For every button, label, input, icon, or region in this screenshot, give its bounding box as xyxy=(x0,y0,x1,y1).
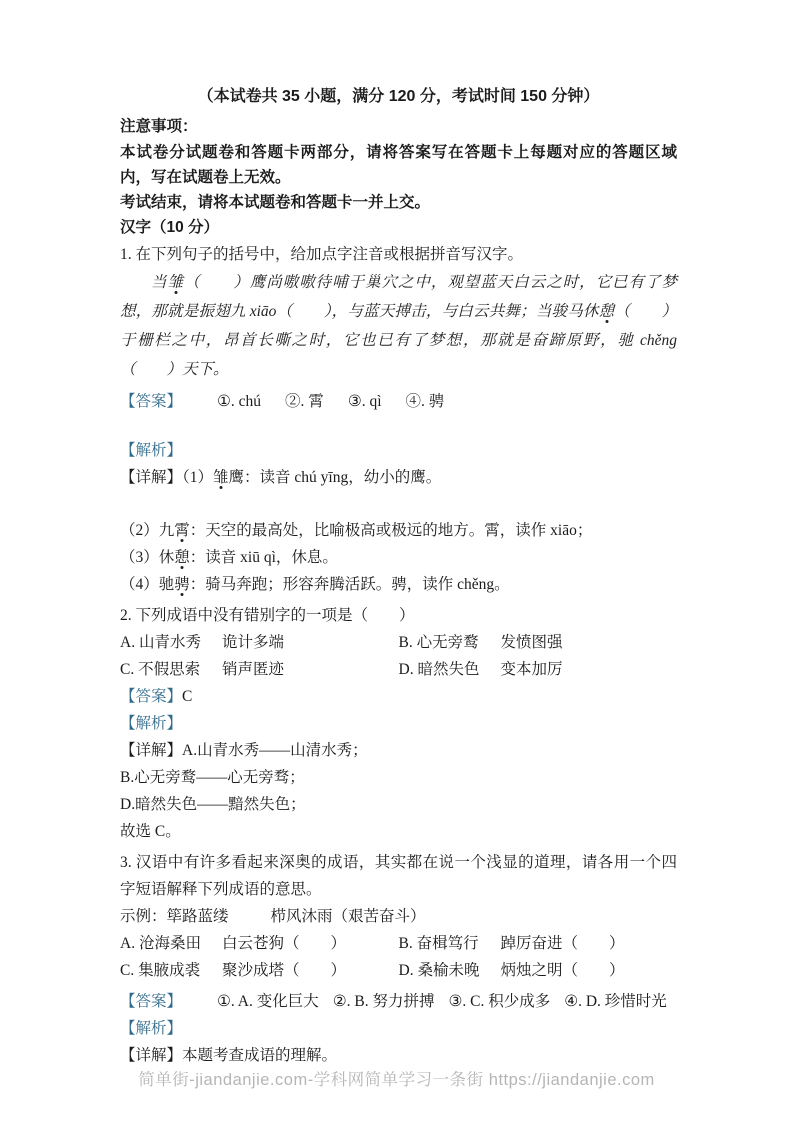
q1-emphasized-char: 霄 xyxy=(174,522,190,539)
site-watermark-footer: 简单街-jiandanjie.com-学科网简单学习一条街 https://ji… xyxy=(0,1066,793,1090)
q1-detail-2: （2）九霄：天空的最高处，比喻极高或极远的地方。霄，读作 xiāo； xyxy=(120,517,677,544)
q1-detail-text: ：骑马奔跑；形容奔腾活跃。骋，读作 chěng。 xyxy=(190,576,510,593)
option-cell: C. 不假思索销声匿迹 xyxy=(120,656,399,683)
option-label: D. 桑榆未晚 xyxy=(399,957,501,984)
option-label: C. 不假思索 xyxy=(120,656,222,683)
option-cell: D. 桑榆未晚炳烛之明（ ） xyxy=(399,957,678,984)
option-label: D. 暗然失色 xyxy=(399,656,501,683)
q1-answer-item: ④. 骋 xyxy=(406,388,445,415)
answer-label: 【答案】 xyxy=(120,388,182,415)
q3-answer-item: ②. B. 努力拼搏 xyxy=(333,988,435,1015)
q1-detail-text: （1） xyxy=(182,469,213,486)
q2-answer-value: C xyxy=(182,688,192,705)
q2-detail-1: 【详解】A.山青水秀——山清水秀； xyxy=(120,737,677,764)
option-second: 诡计多端 xyxy=(222,629,284,656)
option-cell: A. 沧海桑田白云苍狗（ ） xyxy=(120,930,399,957)
q3-answer-item: ④. D. 珍惜时光 xyxy=(564,988,667,1015)
q1-answer-item: ③. qì xyxy=(348,388,382,415)
q3-example-row: 示例：筚路蓝缕栉风沐雨（艰苦奋斗） xyxy=(120,903,677,930)
option-second: 变本加厉 xyxy=(501,656,563,683)
q2-answer-row: 【答案】C xyxy=(120,683,677,710)
option-cell: B. 奋楫笃行踔厉奋进（ ） xyxy=(399,930,678,957)
detail-label: 【详解】 xyxy=(120,742,182,759)
q3-analysis-label: 【解析】 xyxy=(120,1015,677,1042)
q1-detail-text: （4）驰 xyxy=(120,576,174,593)
q3-option-row-1: A. 沧海桑田白云苍狗（ ） B. 奋楫笃行踔厉奋进（ ） xyxy=(120,930,677,957)
option-label: A. 沧海桑田 xyxy=(120,930,222,957)
option-second: 发愤图强 xyxy=(501,629,563,656)
option-second: 销声匿迹 xyxy=(222,656,284,683)
q3-answer-item: ③. C. 积少成多 xyxy=(448,988,550,1015)
option-label: B. 心无旁鹜 xyxy=(399,629,501,656)
section-title-hanzi: 汉字（10 分） xyxy=(120,215,677,241)
q1-emphasized-char: 憩 xyxy=(599,303,615,320)
q1-emphasized-char: 雏 xyxy=(213,469,229,486)
answer-label: 【答案】 xyxy=(120,988,182,1015)
option-cell: D. 暗然失色变本加厉 xyxy=(399,656,678,683)
q1-passage-part: （ ）鹰尚嗷嗷待哺于巢穴之中，观望蓝天白云之时，它已有了梦想，那就是振翅九 xi… xyxy=(120,274,677,320)
q1-detail-3: （3）休憩：读音 xiū qì，休息。 xyxy=(120,544,677,571)
q3-detail: 【详解】本题考查成语的理解。 xyxy=(120,1042,677,1069)
notice-end: 考试结束，请将本试题卷和答题卡一并上交。 xyxy=(120,190,677,215)
notice-heading: 注意事项： xyxy=(120,114,677,140)
option-second: 白云苍狗（ ） xyxy=(222,930,346,957)
q2-detail-2: B.心无旁鹜——心无旁骛； xyxy=(120,764,677,791)
detail-label: 【详解】 xyxy=(120,469,182,486)
q3-answer-row: 【答案】 ①. A. 变化巨大 ②. B. 努力拼搏 ③. C. 积少成多 ④.… xyxy=(120,988,677,1015)
q1-answer-item: ①. chú xyxy=(217,388,261,415)
example-idiom: 栉风沐雨（艰苦奋斗） xyxy=(271,908,426,925)
option-cell: C. 集腋成裘聚沙成塔（ ） xyxy=(120,957,399,984)
q1-emphasized-char: 憩 xyxy=(174,549,190,566)
answer-label: 【答案】 xyxy=(120,688,182,705)
q1-stem: 1. 在下列句子的括号中，给加点字注音或根据拼音写汉字。 xyxy=(120,241,677,268)
option-cell: A. 山青水秀诡计多端 xyxy=(120,629,399,656)
q2-option-row-2: C. 不假思索销声匿迹 D. 暗然失色变本加厉 xyxy=(120,656,677,683)
q3-answer-item: ①. A. 变化巨大 xyxy=(217,988,319,1015)
q1-detail-text: （2）九 xyxy=(120,522,174,539)
q2-analysis-label: 【解析】 xyxy=(120,710,677,737)
q2-detail-4: 故选 C。 xyxy=(120,818,677,845)
q1-passage: 当雏（ ）鹰尚嗷嗷待哺于巢穴之中，观望蓝天白云之时，它已有了梦想，那就是振翅九 … xyxy=(120,268,677,384)
q1-detail-text: （3）休 xyxy=(120,549,174,566)
notice-body: 本试卷分试题卷和答题卡两部分，请将答案写在答题卡上每题对应的答题区域内，写在试题… xyxy=(120,140,677,190)
document-content: （本试卷共 35 小题，满分 120 分，考试时间 150 分钟） 注意事项： … xyxy=(120,86,677,1069)
q1-emphasized-char: 雏 xyxy=(167,274,183,291)
option-label: B. 奋楫笃行 xyxy=(399,930,501,957)
exam-paper-page: （本试卷共 35 小题，满分 120 分，考试时间 150 分钟） 注意事项： … xyxy=(0,0,793,1122)
q1-detail-4: （4）驰骋：骑马奔跑；形容奔腾活跃。骋，读作 chěng。 xyxy=(120,571,677,598)
q2-stem: 2. 下列成语中没有错别字的一项是（ ） xyxy=(120,602,677,629)
q1-answer-row: 【答案】 ①. chú ②. 霄 ③. qì ④. 骋 xyxy=(120,388,677,415)
option-label: C. 集腋成裘 xyxy=(120,957,222,984)
option-second: 踔厉奋进（ ） xyxy=(501,930,625,957)
q2-detail-text: A.山青水秀——山清水秀； xyxy=(182,742,368,759)
q1-detail-1: 【详解】（1）雏鹰：读音 chú yīng，幼小的鹰。 xyxy=(120,464,677,491)
option-label: A. 山青水秀 xyxy=(120,629,222,656)
q1-emphasized-char: 骋 xyxy=(174,576,190,593)
q3-option-row-2: C. 集腋成裘聚沙成塔（ ） D. 桑榆未晚炳烛之明（ ） xyxy=(120,957,677,984)
q2-option-row-1: A. 山青水秀诡计多端 B. 心无旁鹜发愤图强 xyxy=(120,629,677,656)
q2-detail-3: D.暗然失色——黯然失色； xyxy=(120,791,677,818)
paper-title: （本试卷共 35 小题，满分 120 分，考试时间 150 分钟） xyxy=(120,86,677,108)
q1-detail-text: 鹰：读音 chú yīng，幼小的鹰。 xyxy=(229,469,442,486)
option-second: 聚沙成塔（ ） xyxy=(222,957,346,984)
example-label: 示例： xyxy=(120,908,167,925)
q1-detail-text: ：读音 xiū qì，休息。 xyxy=(190,549,338,566)
q1-detail-text: ：天空的最高处，比喻极高或极远的地方。霄，读作 xiāo； xyxy=(190,522,593,539)
example-idiom: 筚路蓝缕 xyxy=(167,908,229,925)
option-second: 炳烛之明（ ） xyxy=(501,957,625,984)
q1-answer-item: ②. 霄 xyxy=(285,388,324,415)
q1-passage-part: 当 xyxy=(151,274,167,291)
q3-stem: 3. 汉语中有许多看起来深奥的成语，其实都在说一个浅显的道理，请各用一个四字短语… xyxy=(120,849,677,903)
q1-analysis-label: 【解析】 xyxy=(120,437,677,464)
option-cell: B. 心无旁鹜发愤图强 xyxy=(399,629,678,656)
